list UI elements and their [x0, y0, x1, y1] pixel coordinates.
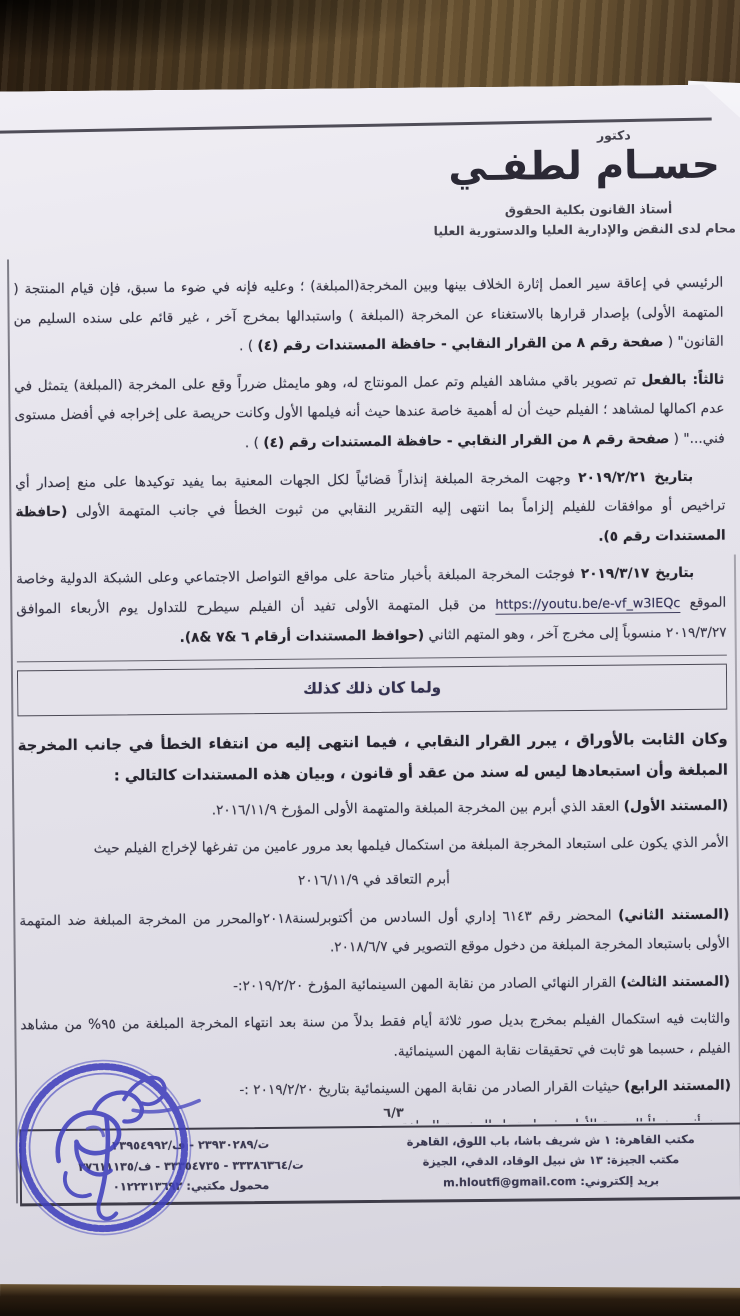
text-run: حيثيات القرار الصادر من نقابة المهن السي…	[239, 1079, 624, 1099]
text-run: بتاريخ ٢٠١٩/٣/١٧	[575, 565, 694, 582]
paragraph: (المستند الثالث) القرار النهائي الصادر م…	[20, 967, 730, 1003]
paragraph: الأمر الذي يكون على استبعاد المخرجة المب…	[19, 829, 729, 865]
text-run: (المستند الثاني)	[618, 906, 729, 923]
text-run: وكان الثابت بالأوراق ، يبرر القرار النقا…	[18, 730, 728, 784]
page-frame-right-rule	[734, 554, 740, 1196]
paragraph: (المستند الثاني) المحضر رقم ٦١٤٣ إداري أ…	[19, 900, 730, 966]
blue-ink-stamp	[3, 1050, 215, 1250]
paragraph: الرئيسي في إعاقة سير العمل إثارة الخلاف …	[13, 269, 724, 365]
text-run: ولما كان ذلك كذلك	[303, 678, 441, 697]
text-run: (حوافظ المستندات أرقام ٦ &٧ &٨).	[180, 627, 425, 645]
photo-background: دكتور حسـام لطفـي أستاذ القانون بكلية ال…	[0, 0, 740, 1316]
letterhead-name: حسـام لطفـي	[448, 143, 720, 191]
page-number: ٦/٣	[383, 1106, 404, 1121]
text-run: أبرم التعاقد في ٢٠١٦/١١/٩	[298, 871, 450, 888]
paragraph: أبرم التعاقد في ٢٠١٦/١١/٩	[19, 862, 729, 898]
paragraph: ثالثاً: بالفعل تم تصوير باقي مشاهد الفيل…	[14, 365, 725, 461]
text-run: (المستند الرابع)	[624, 1078, 731, 1095]
paragraph: بتاريخ ٢٠١٩/٢/٢١ وجهت المخرجة المبلغة إن…	[15, 462, 726, 558]
paragraph: بتاريخ ٢٠١٩/٣/١٧ فوجئت المخرجة المبلغة ب…	[16, 559, 727, 655]
text-run: القرار النهائي الصادر من نقابة المهن الس…	[233, 974, 621, 994]
text-run: صفحة رقم ٨ من القرار النقابي - حافظة الم…	[263, 431, 669, 451]
paragraph: وكان الثابت بالأوراق ، يبرر القرار النقا…	[18, 723, 729, 792]
wooden-desk-surface	[0, 0, 740, 96]
office-address-line: مكتب القاهرة: ١ ش شريف باشا، باب اللوق، …	[360, 1129, 740, 1153]
text-run: العقد الذي أبرم بين المخرجة المبلغة والم…	[212, 798, 624, 818]
office-address-line: بريد إلكتروني: m.hloutfi@gmail.com	[360, 1170, 740, 1194]
text-run: بتاريخ ٢٠١٩/٢/٢١	[570, 468, 693, 485]
wooden-desk-surface-bottom	[0, 1284, 740, 1316]
text-run: صفحة رقم ٨ من القرار النقابي - حافظة الم…	[257, 334, 663, 354]
section-heading-box: ولما كان ذلك كذلك	[17, 664, 727, 716]
text-run: ) .	[239, 338, 258, 354]
document-body: الرئيسي في إعاقة سير العمل إثارة الخلاف …	[13, 269, 731, 1128]
document-page: دكتور حسـام لطفـي أستاذ القانون بكلية ال…	[0, 84, 740, 1296]
paragraph: (المستند الأول) العقد الذي أبرم بين المخ…	[18, 791, 728, 827]
text-run: ) .	[245, 435, 264, 451]
letterhead-pre-title: دكتور	[597, 127, 631, 142]
footer-offices: مكتب القاهرة: ١ ش شريف باشا، باب اللوق، …	[360, 1124, 740, 1200]
text-run: الأمر الذي يكون على استبعاد المخرجة المب…	[94, 835, 729, 857]
text-run: (المستند الأول)	[624, 797, 729, 814]
letterhead-subtitle-2: محام لدى النقض والإدارية العليا والدستور…	[434, 220, 736, 238]
text-run: ثالثاً: بالفعل	[641, 371, 724, 388]
letterhead-subtitle-1: أستاذ القانون بكلية الحقوق	[505, 201, 673, 218]
youtube-link[interactable]: https://youtu.be/e-vf_w3IEQc	[495, 596, 680, 615]
text-run: (المستند الثالث)	[620, 973, 730, 990]
